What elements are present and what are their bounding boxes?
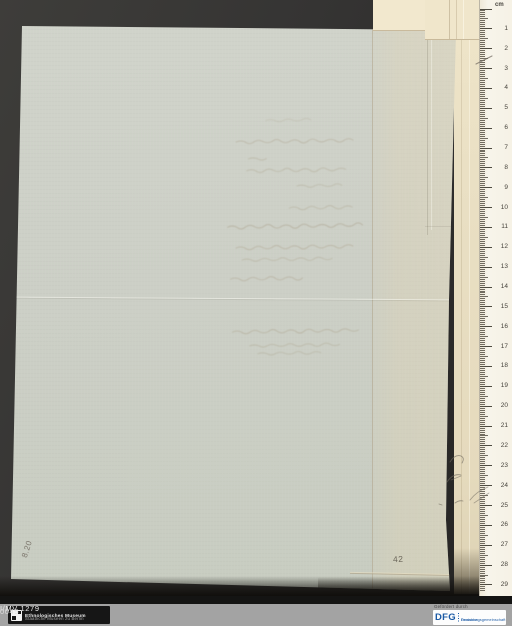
ruler-tick <box>480 92 485 93</box>
footer-bar: Ethnologisches Museum Staatliche Museen … <box>0 604 512 626</box>
ruler-tick <box>480 231 485 232</box>
paper-edge-line <box>456 0 457 39</box>
ruler-tick <box>480 390 485 391</box>
ruler-tick <box>480 275 485 276</box>
ruler-tick <box>480 193 485 194</box>
ruler-tick <box>480 86 485 87</box>
ruler-tick <box>480 477 485 478</box>
ruler-tick <box>480 22 485 23</box>
ruler-tick <box>480 56 485 57</box>
ruler-tick <box>480 161 485 162</box>
ruler-tick <box>480 553 485 554</box>
pencil-page-number: 42 <box>393 554 404 565</box>
ruler-tick <box>480 481 485 482</box>
ruler-tick <box>480 62 485 63</box>
ruler-tick <box>480 479 485 480</box>
ruler-tick <box>480 340 485 341</box>
ruler-tick <box>480 509 485 510</box>
ruler-tick <box>480 400 485 401</box>
ruler-tick <box>480 138 488 139</box>
ruler-number: 5 <box>493 104 508 111</box>
ruler-tick <box>480 54 485 55</box>
ruler-tick <box>480 394 485 395</box>
ruler-tick <box>480 185 485 186</box>
ruler-tick <box>480 279 485 280</box>
ruler-tick <box>480 50 485 51</box>
ruler-tick <box>480 366 492 367</box>
ruler-tick <box>480 124 485 125</box>
ruler-tick <box>480 151 485 152</box>
ruler-tick <box>480 165 485 166</box>
ruler-tick <box>480 513 485 514</box>
ruler-tick <box>480 213 485 214</box>
ruler-tick <box>480 441 485 442</box>
ruler-tick <box>480 298 485 299</box>
ruler-tick <box>480 159 485 160</box>
ruler-tick <box>480 445 492 446</box>
ruler-tick <box>480 350 485 351</box>
ruler-number: 28 <box>493 561 508 568</box>
ruler-tick <box>480 527 485 528</box>
ruler-tick <box>480 215 485 216</box>
ruler-tick <box>480 590 485 591</box>
ruler-tick <box>480 491 485 492</box>
underlying-page-edge <box>425 226 457 227</box>
ruler-tick <box>480 40 485 41</box>
translucent-paper-strip <box>372 26 462 592</box>
ruler-tick <box>480 271 485 272</box>
ruler-number: 7 <box>493 144 508 151</box>
ruler-tick <box>480 408 485 409</box>
ruler-tick <box>480 223 485 224</box>
ruler-tick <box>480 76 485 77</box>
ruler-tick <box>480 296 488 297</box>
ruler-tick <box>480 368 485 369</box>
ruler-tick <box>480 539 485 540</box>
ruler-tick <box>480 36 485 37</box>
paper-edge-line <box>449 0 450 39</box>
ruler-tick <box>480 318 485 319</box>
ruler-tick <box>480 586 485 587</box>
ruler-tick <box>480 531 485 532</box>
dfg-acronym: DFG <box>435 613 456 623</box>
ruler-tick <box>480 447 485 448</box>
ruler-tick <box>480 386 492 387</box>
ruler-tick <box>480 561 485 562</box>
ruler-tick <box>480 106 485 107</box>
paper-crease <box>469 0 470 594</box>
ruler-tick <box>480 167 492 168</box>
ruler-tick <box>480 515 488 516</box>
ruler-tick <box>480 227 492 228</box>
ruler-tick <box>480 487 485 488</box>
ruler-tick <box>480 217 488 218</box>
ruler-tick <box>480 191 485 192</box>
ruler-tick <box>480 549 485 550</box>
ruler-tick <box>480 112 485 113</box>
ruler-tick <box>480 565 492 566</box>
ruler-tick <box>480 110 485 111</box>
dfg-org-line2: Forschungsgemeinschaft <box>461 619 506 623</box>
ruler-tick <box>480 281 485 282</box>
ruler-tick <box>480 314 485 315</box>
ruler-tick <box>480 300 485 301</box>
ruler-tick <box>480 388 485 389</box>
ruler-tick <box>480 463 485 464</box>
ruler-number: 16 <box>493 323 508 330</box>
bleedthrough-line <box>232 328 358 334</box>
ruler-tick <box>480 537 485 538</box>
ruler-tick <box>480 396 488 397</box>
ruler-number: 29 <box>493 581 508 588</box>
ruler-tick <box>480 493 485 494</box>
ruler-tick <box>480 52 485 53</box>
ruler-tick <box>480 148 492 149</box>
ruler-tick <box>480 157 488 158</box>
bleedthrough-line <box>242 257 332 262</box>
ruler-tick <box>480 543 485 544</box>
ruler-tick <box>480 320 485 321</box>
ruler-tick <box>480 221 485 222</box>
ruler-tick <box>480 439 485 440</box>
ruler-number: 18 <box>493 362 508 369</box>
ruler-tick <box>480 203 485 204</box>
ruler-tick <box>480 457 485 458</box>
ruler-tick <box>480 20 485 21</box>
ruler-tick <box>480 96 485 97</box>
ruler-tick <box>480 418 485 419</box>
ruler-tick <box>480 406 492 407</box>
bleedthrough-line <box>289 205 352 210</box>
ruler-tick <box>480 104 485 105</box>
ruler-tick <box>480 100 485 101</box>
ruler-tick <box>480 382 485 383</box>
ruler-tick <box>480 410 485 411</box>
ruler-tick <box>480 384 485 385</box>
ruler-tick <box>480 497 485 498</box>
ruler-tick <box>480 195 485 196</box>
ruler-tick <box>480 567 485 568</box>
ruler-tick <box>480 360 485 361</box>
ruler-tick <box>480 336 488 337</box>
ruler-tick <box>480 294 485 295</box>
ruler-tick <box>480 354 485 355</box>
ruler-tick <box>480 46 485 47</box>
ruler-tick <box>480 283 485 284</box>
funding-pretext: Gefördert durch <box>434 604 468 609</box>
paper-stack-top-corner <box>425 0 480 40</box>
ruler-tick <box>480 209 485 210</box>
ruler-tick <box>480 569 485 570</box>
ruler-tick <box>480 229 485 230</box>
paper-stack-top-edge <box>373 0 427 31</box>
ruler-tick <box>480 505 492 506</box>
ruler-tick <box>480 432 485 433</box>
bleedthrough-line <box>236 138 353 144</box>
ruler-number: 22 <box>493 442 508 449</box>
ruler-tick <box>480 330 485 331</box>
document-sheet: 8.20 <box>0 0 512 626</box>
ruler-tick <box>480 573 485 574</box>
ruler-tick <box>480 175 485 176</box>
ruler-tick <box>480 467 485 468</box>
ruler-tick <box>480 269 485 270</box>
ruler-tick <box>480 437 485 438</box>
ruler-number: 2 <box>493 45 508 52</box>
ruler-tick <box>480 98 488 99</box>
ruler-tick <box>480 404 485 405</box>
paper-stack-edge <box>454 0 480 594</box>
ruler-tick <box>480 535 488 536</box>
ruler-tick <box>480 449 485 450</box>
ruler-tick <box>480 358 485 359</box>
ruler-tick <box>480 219 485 220</box>
ruler-tick <box>480 455 488 456</box>
ruler-tick <box>480 14 485 15</box>
ruler-tick <box>480 372 485 373</box>
ruler-tick <box>480 541 485 542</box>
ruler-tick <box>480 559 485 560</box>
ruler-tick <box>480 435 488 436</box>
ruler-number: 11 <box>493 223 508 230</box>
ruler-tick <box>480 181 485 182</box>
vertical-fold-line <box>431 30 432 230</box>
vertical-fold-line <box>427 30 428 235</box>
ruler-tick <box>480 118 488 119</box>
ruler-tick <box>480 267 492 268</box>
ruler-tick <box>480 126 485 127</box>
bleedthrough-line <box>228 223 363 230</box>
ruler-tick <box>480 469 485 470</box>
ruler-tick <box>480 364 485 365</box>
ruler-tick <box>480 237 488 238</box>
ruler-tick <box>480 32 485 33</box>
ruler-tick <box>480 378 485 379</box>
ruler-tick <box>480 533 485 534</box>
ruler-tick <box>480 9 492 10</box>
ruler-tick <box>480 545 492 546</box>
ruler-tick <box>480 304 485 305</box>
ruler-tick <box>480 265 485 266</box>
ruler-tick <box>480 26 485 27</box>
ruler-tick <box>480 28 492 29</box>
ruler-tick <box>480 10 485 11</box>
bleedthrough-line <box>297 184 342 188</box>
ruler-tick <box>480 370 485 371</box>
ruler-tick <box>480 48 492 49</box>
ruler-tick <box>480 485 492 486</box>
ruler-number: 4 <box>493 84 508 91</box>
ruler-tick <box>480 235 485 236</box>
ruler-tick <box>480 233 485 234</box>
ruler-tick <box>480 257 488 258</box>
ruler-tick <box>480 261 485 262</box>
ruler-tick <box>480 529 485 530</box>
ruler-tick <box>480 249 485 250</box>
ruler-tick <box>480 416 488 417</box>
ruler-tick <box>480 16 485 17</box>
ruler-tick <box>480 507 485 508</box>
ruler-tick <box>480 547 485 548</box>
ruler-tick <box>480 316 488 317</box>
ruler-tick <box>480 322 485 323</box>
ruler-tick <box>480 356 488 357</box>
ruler-tick <box>480 277 488 278</box>
ruler-tick <box>480 326 492 327</box>
ruler-number: 25 <box>493 502 508 509</box>
ruler-tick <box>480 287 492 288</box>
ruler-tick <box>480 150 485 151</box>
ruler-tick <box>480 521 485 522</box>
ruler-tick <box>480 130 485 131</box>
ruler-tick <box>480 134 485 135</box>
ruler-tick <box>480 68 492 69</box>
ruler-tick <box>480 239 485 240</box>
ruler-tick <box>480 551 485 552</box>
ruler-tick <box>480 128 492 129</box>
ruler-tick <box>480 255 485 256</box>
ruler-tick <box>480 334 485 335</box>
ruler-tick <box>480 352 485 353</box>
ruler-number: 17 <box>493 343 508 350</box>
ruler-tick <box>480 24 485 25</box>
ruler-tick <box>480 171 485 172</box>
ruler-tick <box>480 453 485 454</box>
ruler-tick <box>480 289 485 290</box>
ruler-tick <box>480 60 485 61</box>
ruler-tick <box>480 291 485 292</box>
ruler-tick <box>480 312 485 313</box>
ruler-tick <box>480 205 485 206</box>
ruler-tick <box>480 588 485 589</box>
ruler-tick <box>480 72 485 73</box>
ruler-tick <box>480 120 485 121</box>
ruler-unit-label: cm <box>495 2 504 8</box>
ruler-tick <box>480 523 485 524</box>
ruler-tick <box>480 74 485 75</box>
ruler-number: 21 <box>493 422 508 429</box>
ruler-tick <box>480 243 485 244</box>
ruler-tick <box>480 38 488 39</box>
ruler-number: 13 <box>493 263 508 270</box>
ruler-tick <box>480 94 485 95</box>
ruler-tick <box>480 201 485 202</box>
ruler-number: 27 <box>493 541 508 548</box>
ruler-tick <box>480 302 485 303</box>
paper-edge-line <box>463 0 464 39</box>
ruler-tick <box>480 173 485 174</box>
ruler-tick <box>480 499 485 500</box>
ruler-tick <box>480 42 485 43</box>
ruler-tick <box>480 142 485 143</box>
ruler-tick <box>480 342 485 343</box>
ruler-tick <box>480 12 485 13</box>
ruler-tick <box>480 136 485 137</box>
ruler-tick <box>480 483 485 484</box>
ruler-tick <box>480 473 485 474</box>
ruler-tick <box>480 211 485 212</box>
ruler-tick <box>480 344 485 345</box>
ruler-tick <box>480 324 485 325</box>
ruler-tick <box>480 332 485 333</box>
ruler-number: 24 <box>493 482 508 489</box>
ruler-tick <box>480 30 485 31</box>
ruler-tick <box>480 402 485 403</box>
ruler-tick <box>480 102 485 103</box>
ruler-tick <box>480 197 488 198</box>
ruler-tick <box>480 501 485 502</box>
ruler-tick <box>480 412 485 413</box>
ruler-number: 6 <box>493 124 508 131</box>
ruler-tick <box>480 189 485 190</box>
bleedthrough-line <box>236 244 353 250</box>
image-number: 0045 <box>0 608 19 616</box>
ruler-tick <box>480 495 488 496</box>
ruler-tick <box>480 424 485 425</box>
ruler-tick <box>480 461 485 462</box>
ruler-tick <box>480 78 488 79</box>
ruler-tick <box>480 575 488 576</box>
scan-canvas: 8.20 cm 12345678910111213141516171819202… <box>0 0 512 626</box>
ruler-number: 10 <box>493 204 508 211</box>
ruler-tick <box>480 348 485 349</box>
ruler-tick <box>480 392 485 393</box>
ruler-tick <box>480 207 492 208</box>
ruler-tick <box>480 183 485 184</box>
ruler-tick <box>480 153 485 154</box>
ruler-tick <box>480 88 492 89</box>
ruler-tick <box>480 576 485 577</box>
ruler-tick <box>480 428 485 429</box>
ruler-tick <box>480 563 485 564</box>
ruler-number: 9 <box>493 184 508 191</box>
ruler-tick <box>480 308 485 309</box>
ruler-tick <box>480 140 485 141</box>
ruler-number: 1 <box>493 25 508 32</box>
ruler: cm 1234567891011121314151617181920212223… <box>479 0 512 600</box>
ruler-tick <box>480 398 485 399</box>
ruler-tick <box>480 64 485 65</box>
ruler-tick <box>480 169 485 170</box>
bleedthrough-line <box>248 158 266 161</box>
ruler-tick <box>480 122 485 123</box>
ruler-tick <box>480 430 485 431</box>
ruler-tick <box>480 132 485 133</box>
ruler-tick <box>480 426 492 427</box>
ruler-tick <box>480 18 488 19</box>
bleedthrough-line <box>266 118 311 122</box>
ruler-tick <box>480 465 492 466</box>
ruler-tick <box>480 116 485 117</box>
ruler-tick <box>480 146 485 147</box>
ruler-tick <box>480 434 485 435</box>
ruler-tick <box>480 251 485 252</box>
ruler-number: 23 <box>493 462 508 469</box>
bleedthrough-line <box>250 343 340 348</box>
ruler-tick <box>480 571 485 572</box>
ruler-tick <box>480 245 485 246</box>
bleedthrough-line <box>258 351 321 355</box>
ruler-tick <box>480 511 485 512</box>
ruler-tick <box>480 525 492 526</box>
ruler-tick <box>480 519 485 520</box>
ruler-tick <box>480 362 485 363</box>
ruler-tick <box>480 199 485 200</box>
ruler-tick <box>480 376 488 377</box>
ruler-tick <box>480 557 485 558</box>
ruler-number: 8 <box>493 164 508 171</box>
ruler-tick <box>480 155 485 156</box>
